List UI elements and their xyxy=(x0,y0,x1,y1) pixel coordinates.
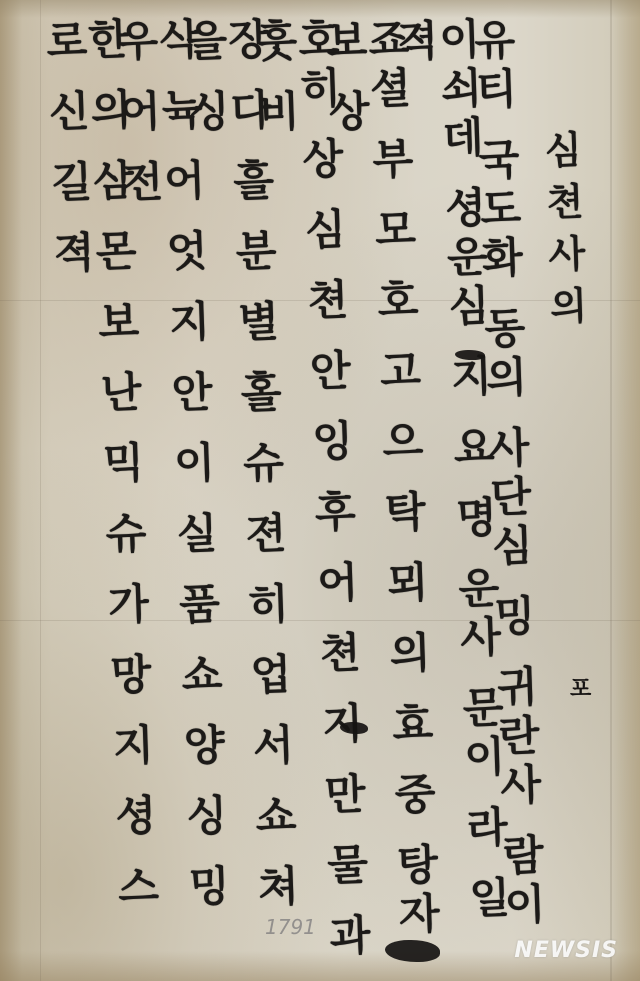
fold-line xyxy=(610,0,612,981)
paper-edge-top xyxy=(0,0,640,18)
margin-mark: 포 xyxy=(570,672,591,703)
pencil-annotation: 1791 xyxy=(265,915,316,939)
manuscript-page: 심쳔사의 유티 국도화 동의 사단심 밍 귀란사 람이 이쇠데 셩운심 지 요 … xyxy=(0,0,640,981)
newsis-watermark: NEWSIS xyxy=(514,938,618,963)
fold-line xyxy=(40,0,41,981)
title-column: 심쳔사의 xyxy=(540,129,585,338)
paper-edge-right xyxy=(610,0,640,981)
ink-blot xyxy=(340,722,368,734)
paper-edge-left xyxy=(0,0,22,981)
